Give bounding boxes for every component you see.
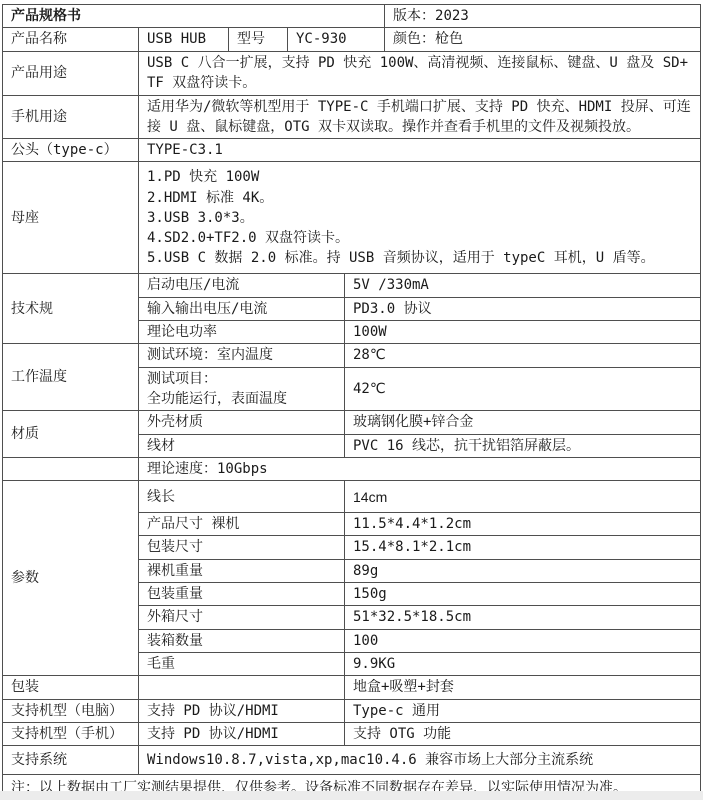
label-packaging: 包装	[3, 676, 139, 699]
spec-key: 产品尺寸 裸机	[139, 513, 345, 536]
spec-value: Type-c 通用	[345, 699, 701, 722]
spec-key: 毛重	[139, 652, 345, 675]
spec-key: 外壳材质	[139, 411, 345, 434]
spec-value: 28℃	[345, 344, 701, 367]
spec-value: 9.9KG	[345, 652, 701, 675]
spec-value: 100W	[345, 321, 701, 344]
spec-key: 线长	[139, 481, 345, 513]
empty-cell	[139, 676, 345, 699]
packaging-value: 地盒+吸塑+封套	[345, 676, 701, 699]
spec-key: 装箱数量	[139, 629, 345, 652]
page-bottom-margin	[0, 791, 703, 800]
label-working-temp: 工作温度	[3, 344, 139, 411]
spec-value: PVC 16 线芯，抗干扰铝箔屏蔽层。	[345, 434, 701, 457]
spec-value: 51*32.5*18.5cm	[345, 606, 701, 629]
spec-value: 15.4*8.1*2.1cm	[345, 536, 701, 559]
table-row: 产品用途USB C 八合一扩展，支持 PD 快充 100W、高清视频、连接鼠标、…	[3, 51, 701, 95]
table-row: 公头（type-c）TYPE-C3.1	[3, 139, 701, 162]
spec-key: 测试环境：室内温度	[139, 344, 345, 367]
label-model: 型号	[229, 28, 288, 51]
table-row: 产品名称USB HUB型号YC-930颜色：枪色	[3, 28, 701, 51]
product-name-value: USB HUB	[139, 28, 229, 51]
spec-key: 输入输出电压/电流	[139, 297, 345, 320]
spec-value: 5V /330mA	[345, 274, 701, 297]
phone-use-value: 适用华为/微软等机型用于 TYPE-C 手机端口扩展、支持 PD 快充、HDMI…	[139, 95, 701, 139]
speed-value: 理论速度：10Gbps	[139, 457, 701, 480]
spec-key: 包装尺寸	[139, 536, 345, 559]
label-product-name: 产品名称	[3, 28, 139, 51]
version-cell: 版本：2023	[385, 5, 701, 28]
table-row: 包装地盒+吸塑+封套	[3, 676, 701, 699]
model-value: YC-930	[288, 28, 385, 51]
spec-key: 外箱尺寸	[139, 606, 345, 629]
spec-key: 支持 PD 协议/HDMI	[139, 722, 345, 745]
table-row: 工作温度测试环境：室内温度28℃	[3, 344, 701, 367]
spec-value: 支持 OTG 功能	[345, 722, 701, 745]
label-female-ports: 母座	[3, 162, 139, 274]
spec-value: PD3.0 协议	[345, 297, 701, 320]
label-material: 材质	[3, 411, 139, 458]
table-row: 支持机型（电脑）支持 PD 协议/HDMIType-c 通用	[3, 699, 701, 722]
supported-os-value: Windows10.8.7,vista,xp,mac10.4.6 兼容市场上大部…	[139, 746, 701, 775]
female-ports-value: 1.PD 快充 100W 2.HDMI 标准 4K。 3.USB 3.0*3。 …	[139, 162, 701, 274]
label-tech-spec: 技术规	[3, 274, 139, 344]
label-phone-use: 手机用途	[3, 95, 139, 139]
label-male-connector: 公头（type-c）	[3, 139, 139, 162]
table-row: 手机用途适用华为/微软等机型用于 TYPE-C 手机端口扩展、支持 PD 快充、…	[3, 95, 701, 139]
male-connector-value: TYPE-C3.1	[139, 139, 701, 162]
spec-value: 11.5*4.4*1.2cm	[345, 513, 701, 536]
table-row: 支持机型（手机）支持 PD 协议/HDMI支持 OTG 功能	[3, 722, 701, 745]
empty-cell	[3, 457, 139, 480]
spec-key: 启动电压/电流	[139, 274, 345, 297]
label-parameters: 参数	[3, 481, 139, 676]
color-value: 颜色：枪色	[385, 28, 701, 51]
table-row: 参数线长14cm	[3, 481, 701, 513]
label-supported-os: 支持系统	[3, 746, 139, 775]
table-row: 母座1.PD 快充 100W 2.HDMI 标准 4K。 3.USB 3.0*3…	[3, 162, 701, 274]
spec-value: 42℃	[345, 367, 701, 411]
spec-key: 包装重量	[139, 583, 345, 606]
label-supported-phone: 支持机型（手机）	[3, 722, 139, 745]
doc-title-cell: 产品规格书	[3, 5, 385, 28]
spec-key: 支持 PD 协议/HDMI	[139, 699, 345, 722]
spec-key: 理论电功率	[139, 321, 345, 344]
spec-value: 89g	[345, 559, 701, 582]
table-row: 材质外壳材质玻璃钢化膜+锌合金	[3, 411, 701, 434]
spec-key: 测试项目： 全功能运行，表面温度	[139, 367, 345, 411]
spec-key: 裸机重量	[139, 559, 345, 582]
table-row: 产品规格书版本：2023	[3, 5, 701, 28]
spec-value: 150g	[345, 583, 701, 606]
product-use-value: USB C 八合一扩展，支持 PD 快充 100W、高清视频、连接鼠标、键盘、U…	[139, 51, 701, 95]
table-row: 支持系统Windows10.8.7,vista,xp,mac10.4.6 兼容市…	[3, 746, 701, 775]
spec-value: 14cm	[345, 481, 701, 513]
label-product-use: 产品用途	[3, 51, 139, 95]
product-spec-table: 产品规格书版本：2023产品名称USB HUB型号YC-930颜色：枪色产品用途…	[2, 4, 701, 800]
spec-value: 100	[345, 629, 701, 652]
spec-key: 线材	[139, 434, 345, 457]
table-row: 技术规启动电压/电流5V /330mA	[3, 274, 701, 297]
label-supported-pc: 支持机型（电脑）	[3, 699, 139, 722]
table-row: 理论速度：10Gbps	[3, 457, 701, 480]
spec-value: 玻璃钢化膜+锌合金	[345, 411, 701, 434]
